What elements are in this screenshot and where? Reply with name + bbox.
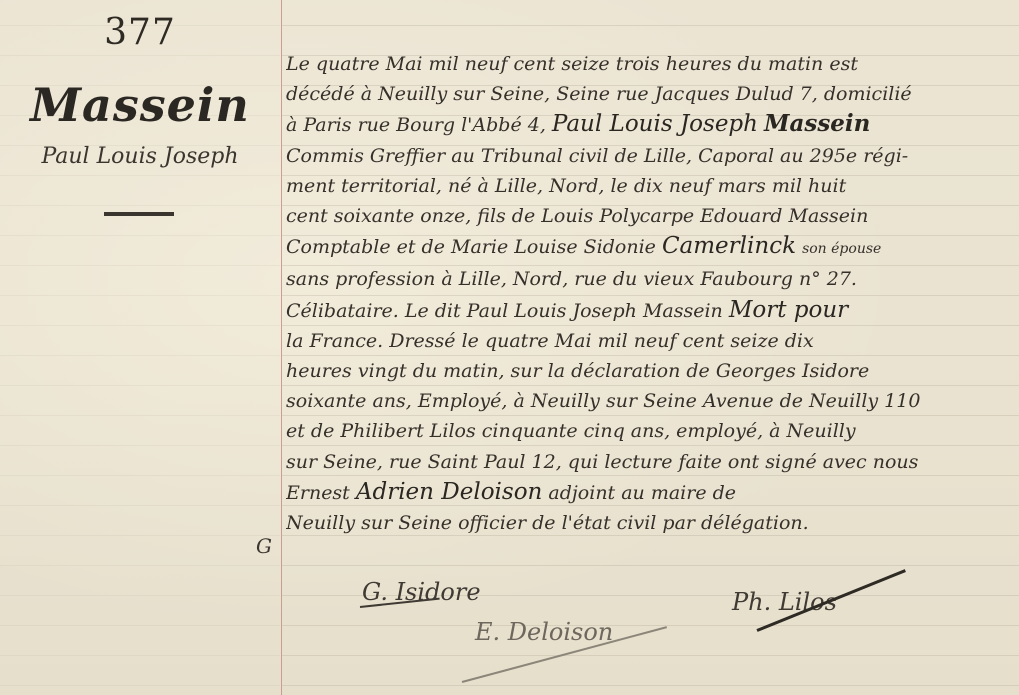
line-text: Comptable et de Marie Louise Sidonie: [286, 236, 656, 258]
line-text: Le quatre Mai mil neuf cent seize trois …: [286, 53, 858, 75]
record-line: Ernest Adrien Deloison adjoint au maire …: [286, 477, 1014, 508]
record-line: à Paris rue Bourg l'Abbé 4, Paul Louis J…: [286, 109, 1014, 140]
line-text: sans profession à Lille, Nord, rue du vi…: [286, 268, 857, 290]
line-text: Ernest: [286, 482, 350, 504]
line-text: et de Philibert Lilos cinquante cinq ans…: [286, 420, 856, 442]
record-line: la France. Dressé le quatre Mai mil neuf…: [286, 326, 1014, 356]
record-line: sans profession à Lille, Nord, rue du vi…: [286, 264, 1014, 294]
record-line: et de Philibert Lilos cinquante cinq ans…: [286, 416, 1014, 446]
deceased-surname: Massein: [0, 78, 280, 132]
record-line: heures vingt du matin, sur la déclaratio…: [286, 356, 1014, 386]
record-line: soixante ans, Employé, à Neuilly sur Sei…: [286, 386, 1014, 416]
line-text: heures vingt du matin, sur la déclaratio…: [286, 360, 869, 382]
signature-witness-1: G. Isidore: [362, 578, 481, 606]
line-text: adjoint au maire de: [548, 482, 736, 504]
record-line: Célibataire. Le dit Paul Louis Joseph Ma…: [286, 295, 1014, 326]
deceased-given-names: Paul Louis Joseph: [0, 144, 280, 169]
record-line: ment territorial, né à Lille, Nord, le d…: [286, 171, 1014, 201]
document-page: 377 Massein Paul Louis Joseph G Le quatr…: [0, 0, 1019, 695]
margin-rule: [281, 0, 282, 695]
heading-underline: [104, 212, 174, 216]
mort-pour-la-france: Mort pour: [729, 297, 848, 323]
line-text: Célibataire. Le dit Paul Louis Joseph Ma…: [286, 300, 723, 322]
line-text: son épouse: [802, 241, 881, 257]
line-text: décédé à Neuilly sur Seine, Seine rue Ja…: [286, 83, 912, 105]
deceased-full-given-names: Paul Louis Joseph: [552, 111, 758, 137]
signature-officer: E. Deloison: [475, 618, 613, 646]
record-line: Comptable et de Marie Louise Sidonie Cam…: [286, 231, 1014, 264]
record-line: décédé à Neuilly sur Seine, Seine rue Ja…: [286, 79, 1014, 109]
line-text: soixante ans, Employé, à Neuilly sur Sei…: [286, 390, 920, 412]
line-text: cent soixante onze, fils de Louis Polyca…: [286, 205, 868, 227]
margin-annotation: G: [256, 534, 272, 558]
record-line: sur Seine, rue Saint Paul 12, qui lectur…: [286, 447, 1014, 477]
record-line: Neuilly sur Seine officier de l'état civ…: [286, 508, 1014, 538]
line-text: ment territorial, né à Lille, Nord, le d…: [286, 175, 846, 197]
record-line: cent soixante onze, fils de Louis Polyca…: [286, 201, 1014, 231]
record-line: Commis Greffier au Tribunal civil de Lil…: [286, 141, 1014, 171]
line-text: Neuilly sur Seine officier de l'état civ…: [286, 512, 809, 534]
record-body: Le quatre Mai mil neuf cent seize trois …: [286, 49, 1014, 538]
line-text: la France. Dressé le quatre Mai mil neuf…: [286, 330, 814, 352]
officer-name: Adrien Deloison: [356, 479, 543, 505]
record-line: Le quatre Mai mil neuf cent seize trois …: [286, 49, 1014, 79]
line-text: Commis Greffier au Tribunal civil de Lil…: [286, 145, 908, 167]
line-text: sur Seine, rue Saint Paul 12, qui lectur…: [286, 451, 918, 473]
entry-number: 377: [0, 12, 280, 53]
mother-surname: Camerlinck: [662, 233, 796, 259]
line-text: à Paris rue Bourg l'Abbé 4,: [286, 114, 546, 136]
deceased-surname-inline: Massein: [764, 110, 870, 137]
